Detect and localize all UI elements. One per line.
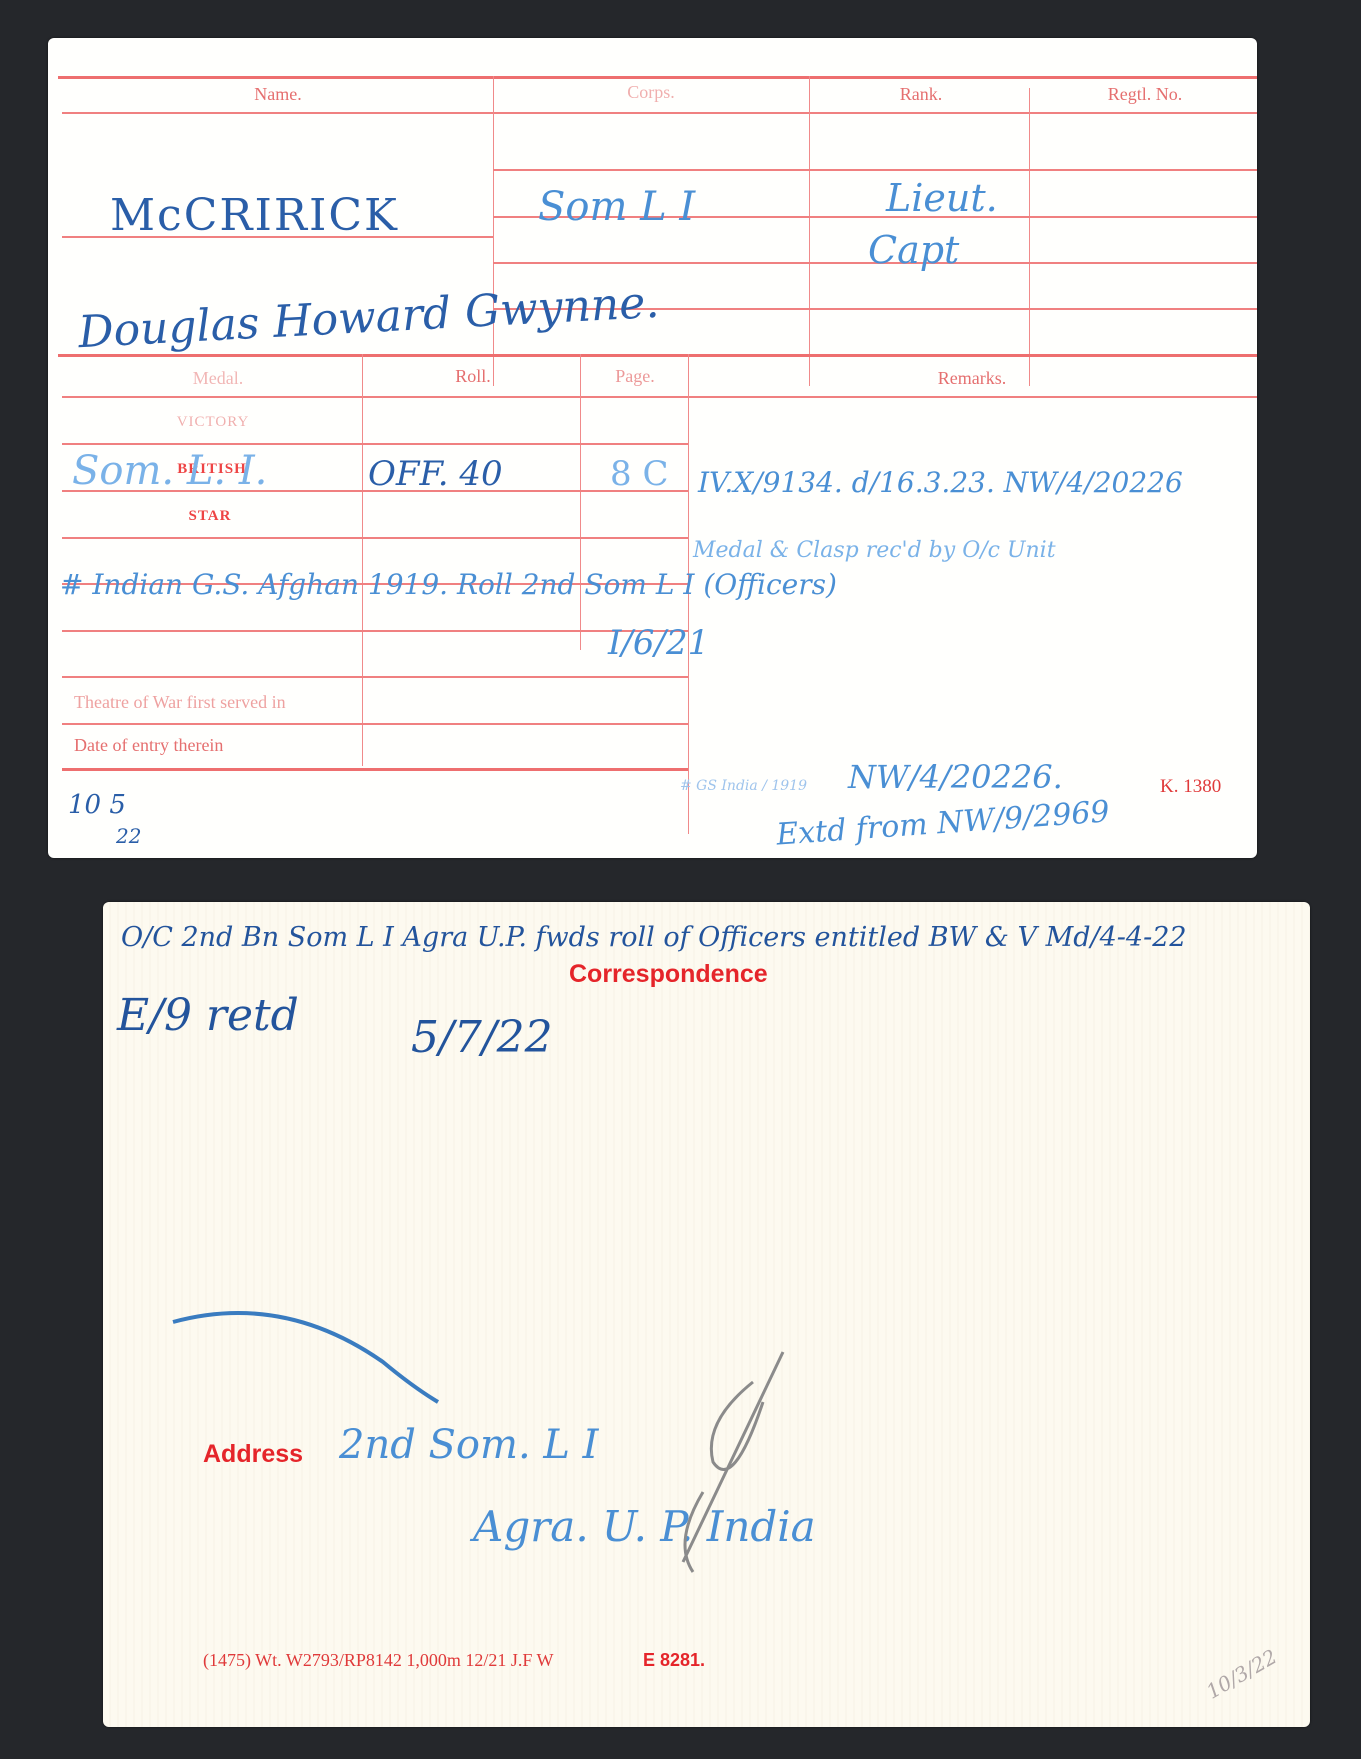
header-name: Name. — [254, 84, 301, 105]
rule — [62, 768, 688, 771]
handwritten-forenames: Douglas Howard Gwynne. — [77, 277, 660, 358]
handwritten-nw-ref: NW/4/20226. — [848, 758, 1063, 796]
rule — [62, 443, 688, 445]
header-remarks: Remarks. — [938, 368, 1006, 389]
handwritten-page: 8 C — [610, 454, 668, 494]
rule — [62, 537, 688, 539]
handwritten-line-2-date: 5/7/22 — [411, 1012, 553, 1063]
medal-index-card-back: O/C 2nd Bn Som L I Agra U.P. fwds roll o… — [103, 902, 1310, 1727]
divider — [493, 76, 494, 386]
rule — [58, 76, 1257, 79]
rule — [58, 354, 1257, 357]
rule — [493, 169, 1257, 171]
corner-pencil-note: 10/3/22 — [1202, 1644, 1281, 1703]
header-page: Page. — [615, 366, 655, 387]
handwritten-roll: OFF. 40 — [368, 454, 503, 494]
handwritten-line-2: E/9 retd — [117, 990, 299, 1041]
medal-star: STAR — [189, 508, 232, 525]
correspondence-label: Correspondence — [569, 960, 768, 989]
handwritten-ref-date: I/6/21 — [608, 623, 709, 663]
handwritten-rank-2: Capt — [868, 228, 959, 272]
handwritten-corps: Som L I — [538, 184, 695, 230]
handwritten-medal-unit: Som. L. I. — [72, 448, 267, 494]
address-label: Address — [203, 1440, 303, 1469]
corner-fraction-top: 10 5 — [68, 790, 126, 820]
handwritten-remarks-2: Medal & Clasp rec'd by O/c Unit — [693, 538, 1056, 563]
header-medal: Medal. — [193, 368, 243, 389]
handwritten-surname: McCRIRICK — [110, 190, 399, 241]
ink-stroke — [163, 1292, 463, 1412]
handwritten-address-1: 2nd Som. L I — [339, 1422, 598, 1468]
imprint-code: E 8281. — [643, 1650, 705, 1671]
handwritten-remarks-1: IV.X/9134. d/16.3.23. NW/4/20226 — [698, 466, 1183, 499]
rule — [62, 676, 688, 678]
header-roll: Roll. — [455, 366, 491, 387]
date-entry-label: Date of entry therein — [74, 735, 223, 756]
medal-index-card-front: Name. Corps. Rank. Regtl. No. Medal. Rol… — [48, 38, 1257, 858]
rule — [62, 723, 688, 725]
rule — [62, 630, 688, 632]
handwritten-extracted: Extd from NW/9/2969 — [775, 794, 1110, 852]
header-rank: Rank. — [900, 84, 943, 105]
handwritten-line-1: O/C 2nd Bn Som L I Agra U.P. fwds roll o… — [121, 922, 1187, 953]
divider — [362, 354, 363, 766]
handwritten-indian-gs: # Indian G.S. Afghan 1919. Roll 2nd Som … — [60, 568, 837, 601]
divider — [580, 354, 581, 650]
header-regtl-no: Regtl. No. — [1108, 84, 1183, 105]
header-corps: Corps. — [627, 82, 675, 103]
pencil-signature — [643, 1342, 823, 1582]
handwritten-rank-1: Lieut. — [886, 176, 998, 220]
theatre-label: Theatre of War first served in — [74, 692, 286, 713]
printer-imprint: (1475) Wt. W2793/RP8142 1,000m 12/21 J.F… — [203, 1650, 554, 1671]
medal-victory: VICTORY — [177, 414, 250, 431]
corner-fraction-bottom: 22 — [116, 824, 141, 848]
rule — [62, 112, 1257, 114]
faint-note: # GS India / 1919 — [680, 778, 807, 794]
divider — [809, 76, 810, 386]
rule — [62, 396, 1257, 398]
form-number: K. 1380 — [1160, 776, 1221, 798]
divider — [1029, 88, 1030, 386]
